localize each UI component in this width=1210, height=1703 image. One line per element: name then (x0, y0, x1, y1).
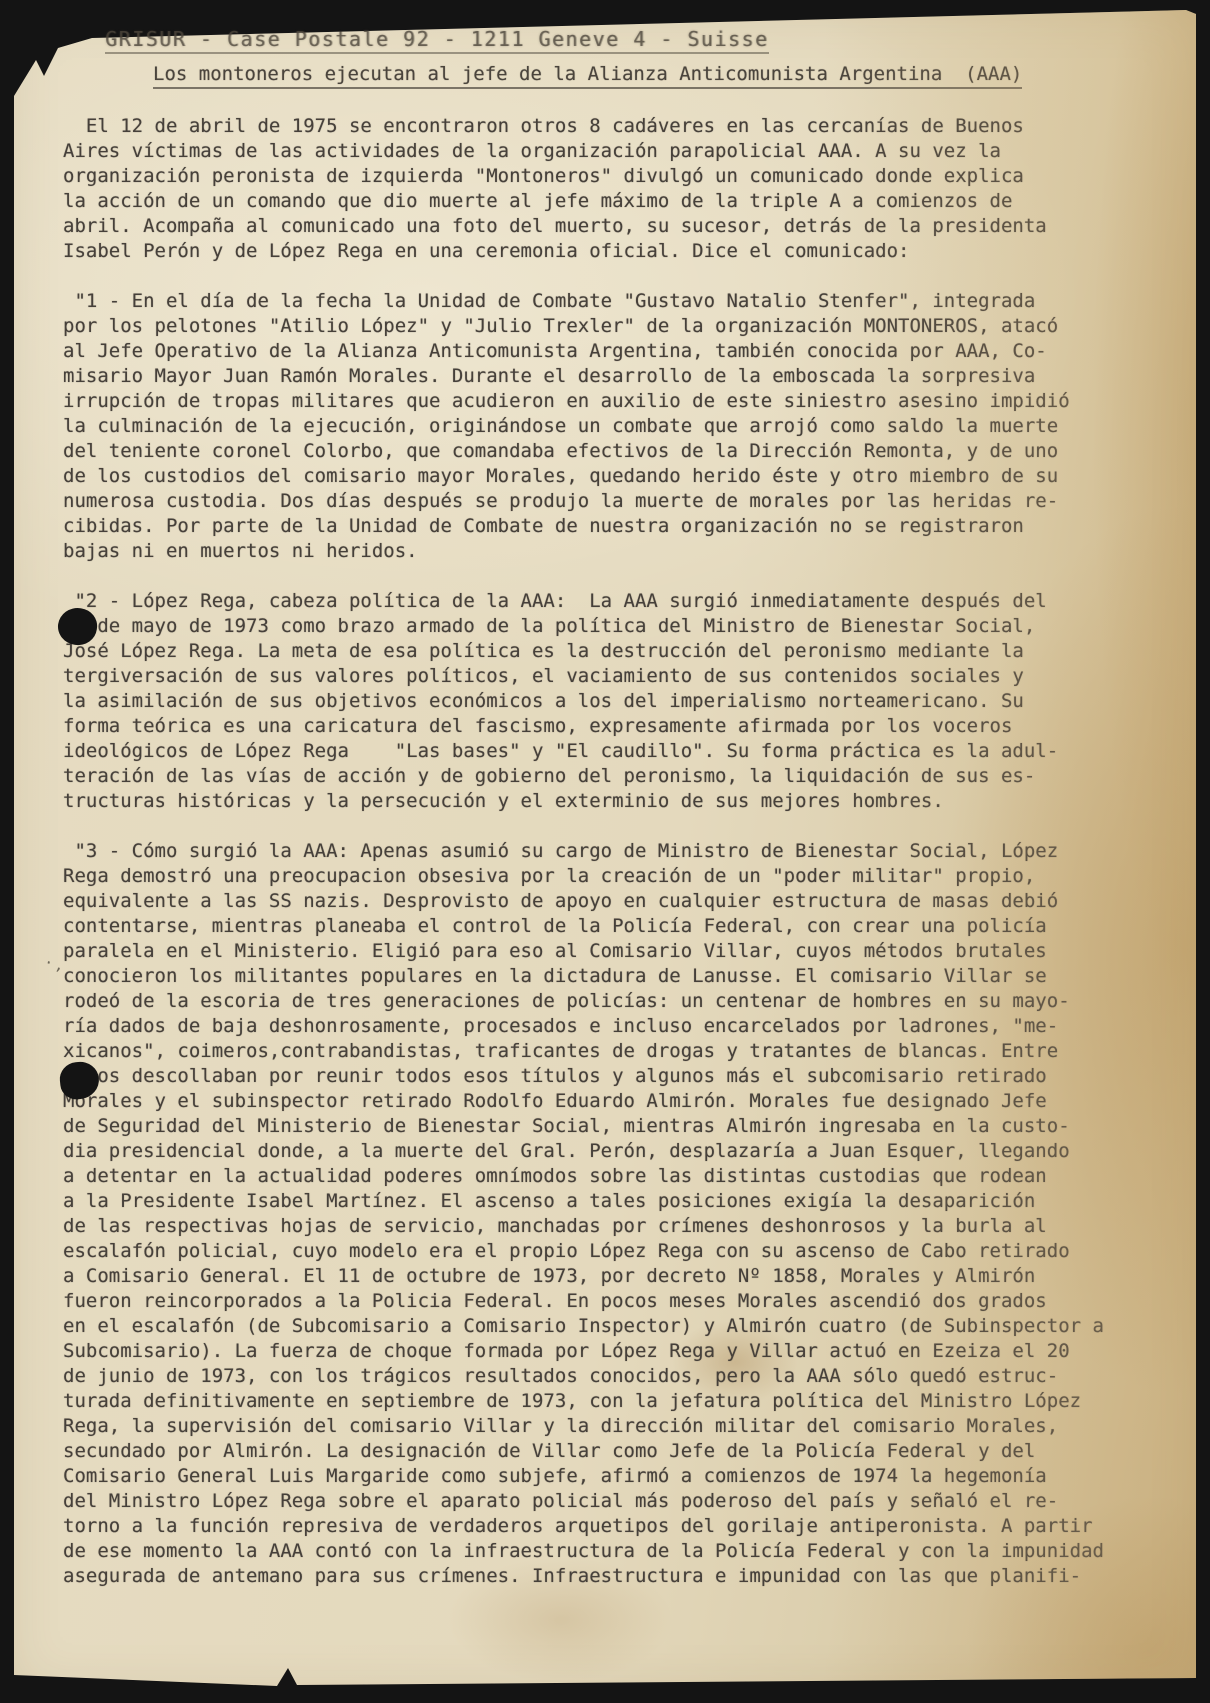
scan-background: GRISUR - Case Postale 92 - 1211 Geneve 4… (0, 0, 1210, 1703)
text-line: Subcomisario). La fuerza de choque forma… (63, 1339, 1204, 1364)
text-line: asegurada de antemano para sus crímenes.… (63, 1564, 1204, 1589)
document-header: GRISUR - Case Postale 92 - 1211 Geneve 4… (105, 27, 769, 54)
paragraph-communique-3: "3 - Cómo surgió la AAA: Apenas asumió s… (63, 839, 1204, 1589)
text-line: teración de las vías de acción y de gobi… (63, 764, 1204, 789)
text-line: turada definitivamente en septiembre de … (63, 1389, 1204, 1414)
text-line: ellos descollaban por reunir todos esos … (63, 1064, 1204, 1089)
text-line: numerosa custodia. Dos días después se p… (63, 489, 1204, 514)
text-line: ría dados de baja deshonrosamente, proce… (63, 1014, 1204, 1039)
text-line: dia presidencial donde, a la muerte del … (63, 1139, 1204, 1164)
text-line: Morales y el subinspector retirado Rodol… (63, 1089, 1204, 1114)
text-line: de las respectivas hojas de servicio, ma… (63, 1214, 1204, 1239)
paragraph-communique-2: "2 - López Rega, cabeza política de la A… (63, 589, 1204, 814)
text-line: Comisario General Luis Margaride como su… (63, 1464, 1204, 1489)
text-line: a detentar en la actualidad poderes omní… (63, 1164, 1204, 1189)
text-line: la acción de un comando que dio muerte a… (63, 189, 1204, 214)
text-line: de ese momento la AAA contó con la infra… (63, 1539, 1204, 1564)
text-line: Rega, la supervisión del comisario Villa… (63, 1414, 1204, 1439)
text-line: de junio de 1973, con los trágicos resul… (63, 1364, 1204, 1389)
text-line: torno a la función represiva de verdader… (63, 1514, 1204, 1539)
text-line: rodeó de la escoria de tres generaciones… (63, 989, 1204, 1014)
document-title: Los montoneros ejecutan al jefe de la Al… (153, 62, 1022, 89)
title-row: Los montoneros ejecutan al jefe de la Al… (63, 62, 1204, 89)
text-line: la asimilación de sus objetivos económic… (63, 689, 1204, 714)
paragraph-intro: El 12 de abril de 1975 se encontraron ot… (63, 114, 1204, 264)
text-line: conocieron los militantes populares en l… (63, 964, 1204, 989)
text-line: a la Presidente Isabel Martínez. El asce… (63, 1189, 1204, 1214)
text-line: fueron reincorporados a la Policia Feder… (63, 1289, 1204, 1314)
text-line: José López Rega. La meta de esa política… (63, 639, 1204, 664)
text-line: contentarse, mientras planeaba el contro… (63, 914, 1204, 939)
text-line: tructuras históricas y la persecución y … (63, 789, 1204, 814)
text-line: secundado por Almirón. La designación de… (63, 1439, 1204, 1464)
text-line: por los pelotones "Atilio López" y "Juli… (63, 314, 1204, 339)
text-line: bajas ni en muertos ni heridos. (63, 539, 1204, 564)
text-line: cibidas. Por parte de la Unidad de Comba… (63, 514, 1204, 539)
text-line: ideológicos de López Rega "Las bases" y … (63, 739, 1204, 764)
text-line: "2 - López Rega, cabeza política de la A… (63, 589, 1204, 614)
text-line: del teniente coronel Colorbo, que comand… (63, 439, 1204, 464)
document-content: GRISUR - Case Postale 92 - 1211 Geneve 4… (63, 27, 1204, 1589)
text-line: Aires víctimas de las actividades de la … (63, 139, 1204, 164)
text-line: forma teórica es una caricatura del fasc… (63, 714, 1204, 739)
text-line: abril. Acompaña al comunicado una foto d… (63, 214, 1204, 239)
text-line: "3 - Cómo surgió la AAA: Apenas asumió s… (63, 839, 1204, 864)
text-line: Isabel Perón y de López Rega en una cere… (63, 239, 1204, 264)
text-line: la culminación de la ejecución, originán… (63, 414, 1204, 439)
text-line: escalafón policial, cuyo modelo era el p… (63, 1239, 1204, 1264)
text-line: misario Mayor Juan Ramón Morales. Durant… (63, 364, 1204, 389)
text-line: paralela en el Ministerio. Eligió para e… (63, 939, 1204, 964)
text-line: Rega demostró una preocupacion obsesiva … (63, 864, 1204, 889)
header-row: GRISUR - Case Postale 92 - 1211 Geneve 4… (63, 27, 1204, 54)
text-line: 25 de mayo de 1973 como brazo armado de … (63, 614, 1204, 639)
text-line: tergiversación de sus valores políticos,… (63, 664, 1204, 689)
text-line: en el escalafón (de Subcomisario a Comis… (63, 1314, 1204, 1339)
text-line: irrupción de tropas militares que acudie… (63, 389, 1204, 414)
text-line: al Jefe Operativo de la Alianza Anticomu… (63, 339, 1204, 364)
text-line: a Comisario General. El 11 de octubre de… (63, 1264, 1204, 1289)
text-line: "1 - En el día de la fecha la Unidad de … (63, 289, 1204, 314)
text-line: equivalente a las SS nazis. Desprovisto … (63, 889, 1204, 914)
text-line: de los custodios del comisario mayor Mor… (63, 464, 1204, 489)
paragraph-communique-1: "1 - En el día de la fecha la Unidad de … (63, 289, 1204, 564)
text-line: de Seguridad del Ministerio de Bienestar… (63, 1114, 1204, 1139)
text-line: organización peronista de izquierda "Mon… (63, 164, 1204, 189)
text-line: El 12 de abril de 1975 se encontraron ot… (63, 114, 1204, 139)
text-line: xicanos", coimeros,contrabandistas, traf… (63, 1039, 1204, 1064)
text-line: del Ministro López Rega sobre el aparato… (63, 1489, 1204, 1514)
